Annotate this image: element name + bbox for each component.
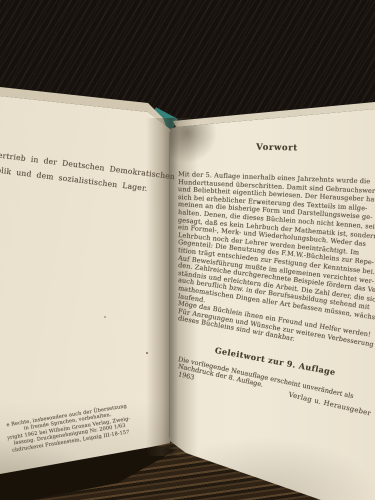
paper-specks	[146, 352, 148, 354]
right-page-text: Vorwort Mit der 5. Auflage innerhalb ein…	[178, 0, 375, 500]
vorwort-heading: Vorwort	[178, 141, 375, 155]
vorwort-body: Mit der 5. Auflage innerhalb eines Jahrz…	[178, 171, 375, 323]
